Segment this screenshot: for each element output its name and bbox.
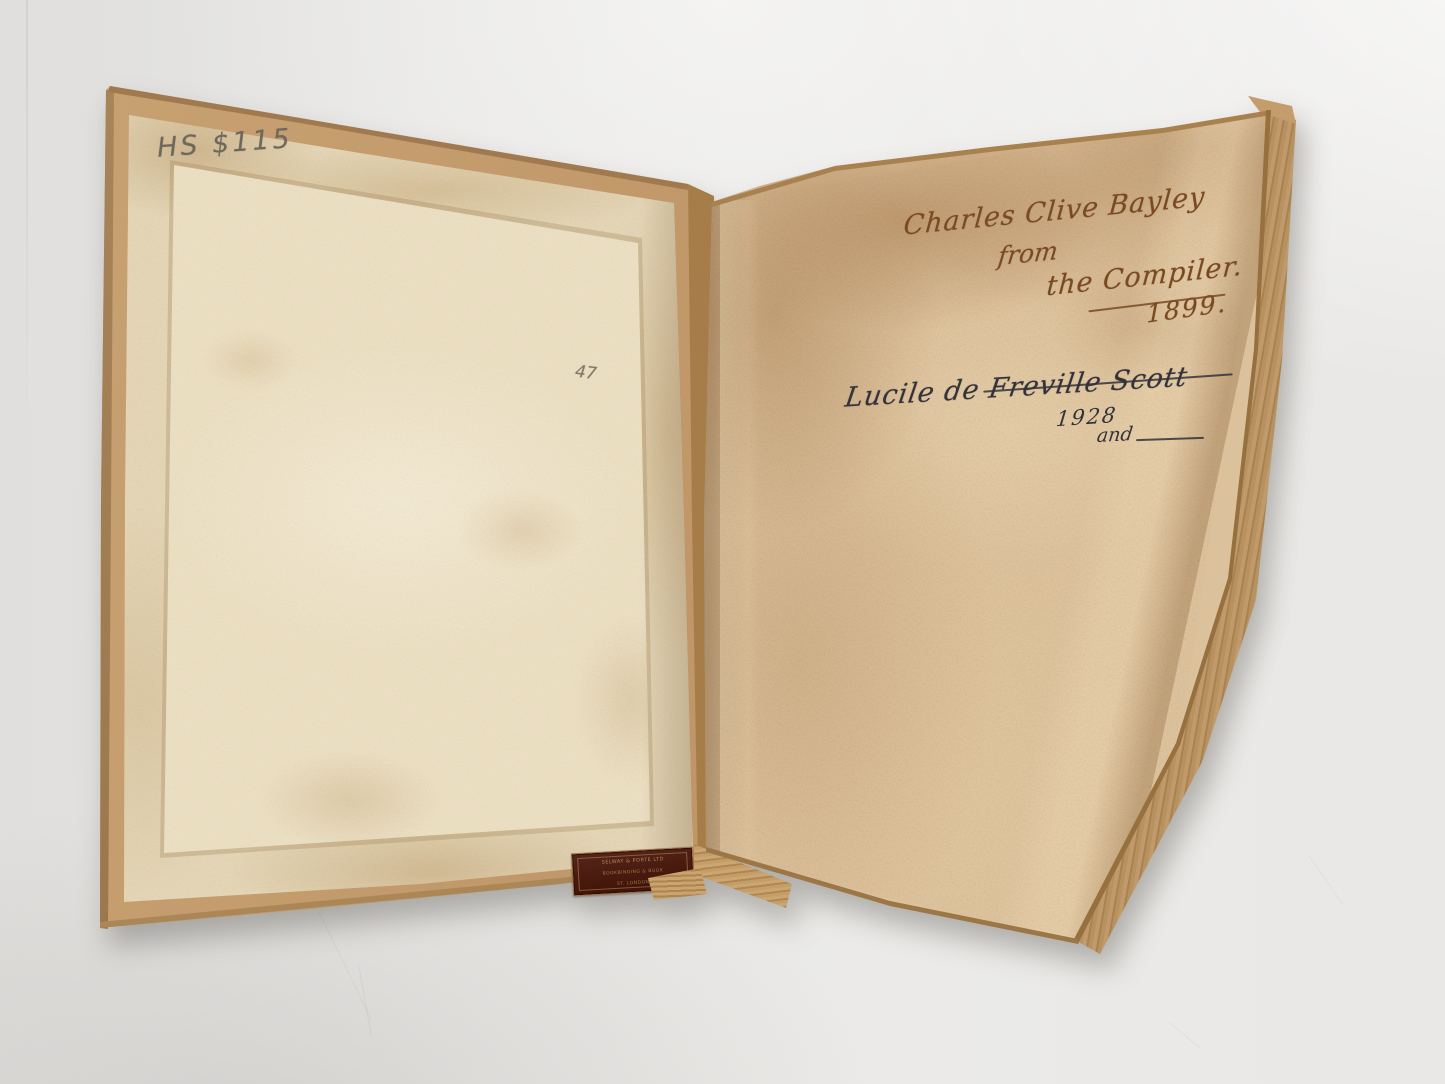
photo-scene: HS $115 47 SELWAY & PORTE LTD BOOKBINDIN… <box>0 0 1445 1084</box>
bookseller-label-line3: ST. LONDON <box>617 879 650 886</box>
open-book: HS $115 47 SELWAY & PORTE LTD BOOKBINDIN… <box>0 0 1445 1084</box>
pencil-number-note: 47 <box>574 362 598 384</box>
bookseller-label-line1: SELWAY & PORTE LTD <box>601 856 664 864</box>
bookseller-label-line2: BOOKBINDING & BOOK <box>602 867 663 875</box>
